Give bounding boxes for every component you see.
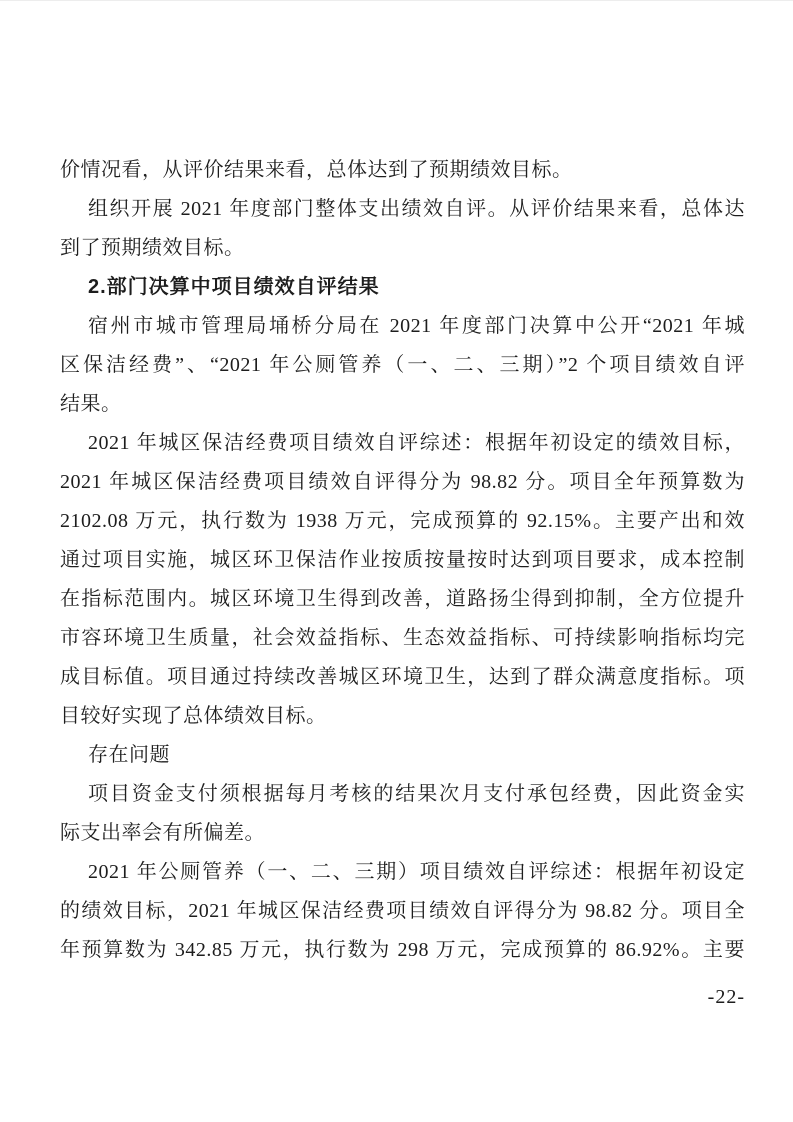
document-page: 价情况看，从评价结果来看，总体达到了预期绩效目标。 组织开展 2021 年度部门…	[0, 0, 793, 1122]
body-line: 在指标范围内。城区环境卫生得到改善，道路扬尘得到抑制，全方位提升	[60, 580, 745, 619]
body-line: 通过项目实施，城区环卫保洁作业按质按量按时达到项目要求，成本控制	[60, 541, 745, 580]
body-line: 2021 年公厕管养（一、二、三期）项目绩效自评综述：根据年初设定	[60, 853, 745, 892]
body-line: 结果。	[60, 385, 745, 424]
body-line: 2021 年城区保洁经费项目绩效自评综述：根据年初设定的绩效目标，	[60, 424, 745, 463]
document-body: 价情况看，从评价结果来看，总体达到了预期绩效目标。 组织开展 2021 年度部门…	[60, 151, 745, 1012]
section-heading: 2.部门决算中项目绩效自评结果	[60, 268, 745, 307]
body-line: 2021 年城区保洁经费项目绩效自评得分为 98.82 分。项目全年预算数为	[60, 463, 745, 502]
body-line: 区保洁经费”、“2021 年公厕管养（一、二、三期）”2 个项目绩效自评	[60, 346, 745, 385]
body-line: 项目资金支付须根据每月考核的结果次月支付承包经费，因此资金实	[60, 775, 745, 814]
body-line: 际支出率会有所偏差。	[60, 814, 745, 853]
body-line: 价情况看，从评价结果来看，总体达到了预期绩效目标。	[60, 151, 745, 190]
body-line: 目较好实现了总体绩效目标。	[60, 697, 745, 736]
body-line: 的绩效目标，2021 年城区保洁经费项目绩效自评得分为 98.82 分。项目全	[60, 892, 745, 931]
body-line: 2102.08 万元，执行数为 1938 万元，完成预算的 92.15%。主要产…	[60, 502, 745, 541]
body-line: 成目标值。项目通过持续改善城区环境卫生，达到了群众满意度指标。项	[60, 658, 745, 697]
body-line: 组织开展 2021 年度部门整体支出绩效自评。从评价结果来看，总体达	[60, 190, 745, 229]
page-number: -22-	[60, 982, 745, 1012]
body-line: 宿州市城市管理局埇桥分局在 2021 年度部门决算中公开“2021 年城	[60, 307, 745, 346]
body-line: 到了预期绩效目标。	[60, 229, 745, 268]
body-line: 存在问题	[60, 736, 745, 775]
body-line: 市容环境卫生质量，社会效益指标、生态效益指标、可持续影响指标均完	[60, 619, 745, 658]
body-line: 年预算数为 342.85 万元，执行数为 298 万元，完成预算的 86.92%…	[60, 931, 745, 970]
